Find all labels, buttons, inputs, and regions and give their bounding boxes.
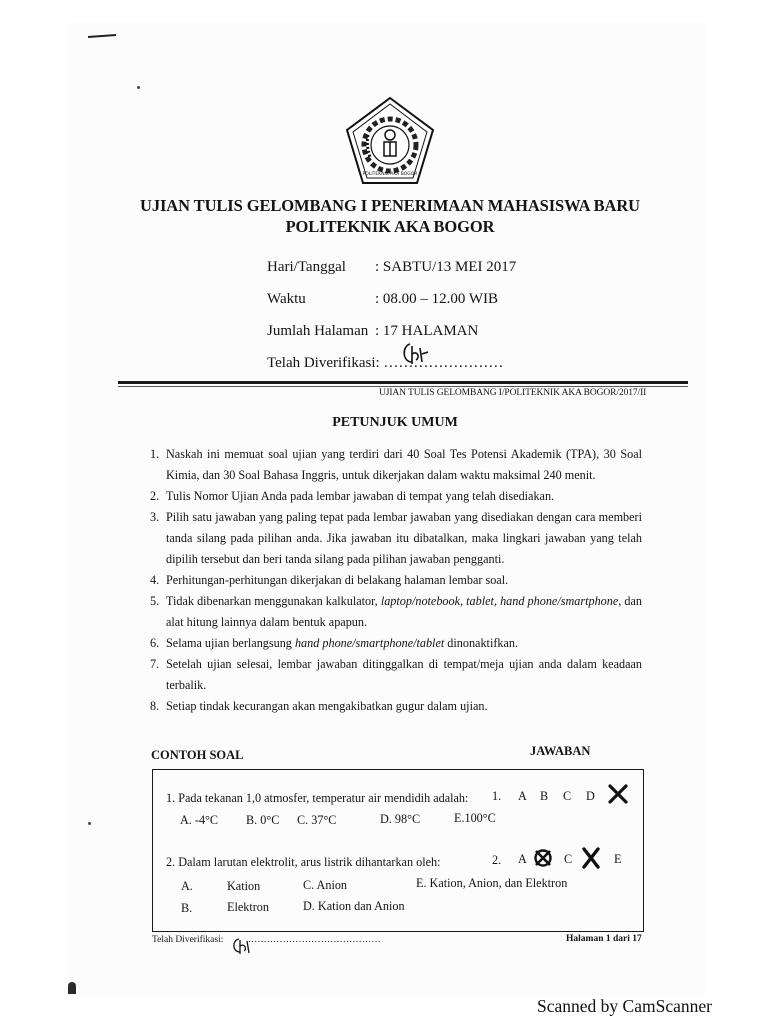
- scan-speck: [88, 822, 91, 825]
- signature-icon: [231, 936, 255, 956]
- section-title: PETUNJUK UMUM: [0, 415, 768, 431]
- option-b-text: Elektron: [227, 900, 269, 915]
- institution-name: POLITEKNIK AKA BOGOR: [120, 217, 660, 237]
- instruction-item: 4.Perhitungan-perhitungan dikerjakan di …: [150, 570, 642, 591]
- header-rule-thin: [118, 386, 688, 387]
- answer-number: 1.: [492, 789, 501, 804]
- answer-number: 2.: [492, 853, 501, 868]
- option-e: E.100°C: [454, 811, 496, 826]
- answer-letter: A: [518, 852, 527, 867]
- option-b: B. 0°C: [246, 813, 279, 828]
- example-heading: CONTOH SOAL: [151, 748, 244, 763]
- general-instructions: 1.Naskah ini memuat soal ujian yang terd…: [150, 444, 642, 717]
- cross-mark-icon: [607, 784, 629, 804]
- option-d: D. 98°C: [380, 812, 420, 827]
- scan-speck: [137, 86, 140, 89]
- option-c: C. 37°C: [297, 813, 336, 828]
- instruction-item: 1.Naskah ini memuat soal ujian yang terd…: [150, 444, 642, 486]
- instruction-item: 3.Pilih satu jawaban yang paling tepat p…: [150, 507, 642, 570]
- instruction-item: 7.Setelah ujian selesai, lembar jawaban …: [150, 654, 642, 696]
- running-head: UJIAN TULIS GELOMBANG I/POLITEKNIK AKA B…: [379, 388, 646, 398]
- exam-title: UJIAN TULIS GELOMBANG I PENERIMAAN MAHAS…: [120, 196, 660, 216]
- example-question-1: 1. Pada tekanan 1,0 atmosfer, temperatur…: [166, 791, 468, 806]
- option-e: E. Kation, Anion, dan Elektron: [416, 876, 567, 891]
- option-a: A. -4°C: [180, 813, 218, 828]
- option-c: C. Anion: [303, 878, 347, 893]
- option-a-label: A.: [181, 879, 193, 894]
- answer-heading: JAWABAN: [530, 744, 590, 759]
- instruction-item: 6.Selama ujian berlangsung hand phone/sm…: [150, 633, 642, 654]
- option-a-text: Kation: [227, 879, 260, 894]
- answer-letter: E: [614, 852, 621, 867]
- meta-date: Hari/Tanggal: SABTU/13 MEI 2017: [267, 259, 516, 276]
- instruction-item: 5.Tidak dibenarkan menggunakan kalkulato…: [150, 591, 642, 633]
- answer-letter: A: [518, 789, 527, 804]
- example-question-2: 2. Dalam larutan elektrolit, arus listri…: [166, 855, 440, 870]
- header-rule: [118, 381, 688, 384]
- footer-verified: Telah Diverifikasi: ……………………………………: [152, 935, 381, 945]
- answer-letter: C: [564, 852, 572, 867]
- meta-time: Waktu: 08.00 – 12.00 WIB: [267, 291, 498, 308]
- option-b-label: B.: [181, 901, 192, 916]
- answer-letter: B: [540, 789, 548, 804]
- svg-text:POLITEKNIK AKA BOGOR: POLITEKNIK AKA BOGOR: [363, 171, 418, 177]
- meta-pages: Jumlah Halaman: 17 HALAMAN: [267, 323, 478, 340]
- page-number: Halaman 1 dari 17: [566, 934, 642, 944]
- signature-icon: [400, 340, 430, 368]
- politeknik-logo-icon: POLITEKNIK AKA BOGOR: [344, 95, 436, 187]
- cancelled-answer-icon: [533, 848, 553, 868]
- camscanner-watermark: Scanned by CamScanner: [537, 996, 712, 1017]
- answer-letter: C: [563, 789, 571, 804]
- answer-letter: D: [586, 789, 595, 804]
- meta-verified: Telah Diverifikasi: ……………………: [267, 355, 503, 372]
- option-d: D. Kation dan Anion: [303, 899, 405, 914]
- cross-mark-icon: [581, 847, 601, 869]
- paper-corner-blot: [68, 982, 76, 994]
- instruction-item: 8.Setiap tindak kecurangan akan mengakib…: [150, 696, 642, 717]
- instruction-item: 2.Tulis Nomor Ujian Anda pada lembar jaw…: [150, 486, 642, 507]
